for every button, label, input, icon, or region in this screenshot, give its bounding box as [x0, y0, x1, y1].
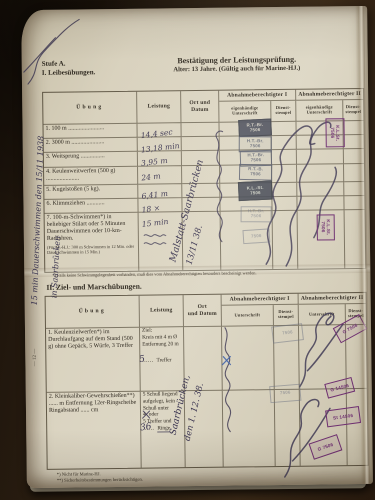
- page-number: — 12 —: [33, 339, 38, 375]
- col-header-leistung: Leistung: [140, 295, 184, 328]
- table-cell: [347, 389, 368, 465]
- table-cell: [344, 164, 364, 182]
- signature-examiner1-bottom: [211, 319, 248, 437]
- table-cell: [344, 182, 364, 196]
- service-stamp: R.T.-B.7506: [239, 164, 272, 181]
- row6-leistung: 18 ×: [138, 198, 182, 213]
- ink-cross-out: [142, 411, 150, 419]
- photo-background: 15 min Dauerschwimmen den 15/11 1938 in …: [0, 0, 375, 500]
- section2-footnote-2: **) Sicherheitsbestimmungen berücksichti…: [57, 477, 143, 483]
- signature-examiner1-top: [203, 126, 238, 248]
- table-cell: [344, 135, 364, 149]
- col-header-abnahme2: Abnahmeberechtigter II: [296, 89, 363, 101]
- section2-title: II. Ziel- und Marschübungen.: [46, 282, 141, 292]
- row4-uebung: 4. Keulenweitwerfen (500 g) ............…: [44, 167, 138, 186]
- row2-leistung: 13,18 min: [138, 137, 182, 152]
- table-cell: [344, 149, 364, 164]
- table-cell: [343, 121, 363, 135]
- service-stamp-purple: K.L.St. 7506: [325, 118, 344, 147]
- col-header-abnahme2: Abnahmeberechtigter II: [299, 293, 366, 305]
- service-stamp: 7506: [271, 323, 304, 344]
- t2-row1-leistung: Ziel: Kreis mit 4 m Ø Entfernung 20 m ..…: [140, 327, 185, 392]
- booklet-page: 15 min Dauerschwimmen den 15/11 1938 in …: [21, 6, 373, 488]
- service-stamp: 7506: [269, 384, 301, 403]
- row3-leistung: 3,95 m: [138, 151, 182, 167]
- t2-row1-uebung: 1. Keulenzielwerfen*) im Durchlaufgang a…: [46, 328, 141, 393]
- row1-uebung: 1. 100 m ........................: [43, 124, 137, 139]
- service-stamp: K.L.-St.7506: [238, 180, 273, 201]
- row5-leistung: 6,41 m: [138, 184, 182, 199]
- col-header-leistung: Leistung: [137, 91, 181, 124]
- subheader-stempel-2: Dienst-stempel: [343, 100, 363, 121]
- section2-footnote-1: *) Nicht für Marine-HJ.: [57, 471, 101, 477]
- t2-row2-uebung: 2. Kleinkaliber-Gewehrschießen**) ......…: [47, 392, 142, 469]
- row5-uebung: 5. Kugelstoßen (5 kg).: [44, 185, 138, 200]
- service-stamp: H.T.-Br.7506: [241, 206, 272, 222]
- handwriting-scribble: [143, 240, 167, 246]
- table-cell: [345, 210, 366, 268]
- corner-scribble-signature: [21, 11, 92, 90]
- blue-ink-mark: [221, 356, 231, 366]
- service-stamp-purple: K.L.St. 7506: [317, 214, 335, 240]
- service-stamp: 7506: [242, 228, 270, 244]
- col-header-uebung: Übung: [43, 92, 137, 125]
- table-cell: [344, 196, 364, 210]
- service-stamp: R.T.-Br.7506: [238, 119, 272, 138]
- col-header-ort-datum: Ort und Datum: [181, 91, 219, 123]
- row4-leistung: 24 m: [138, 166, 182, 185]
- row6-uebung: 6. Klimmziehen ............: [44, 199, 138, 214]
- row2-uebung: 2. 3000 m ......................: [44, 138, 138, 153]
- col-header-uebung: Übung: [46, 296, 140, 329]
- row3-uebung: 3. Weitsprung ................: [44, 152, 138, 168]
- row1-leistung: 14,4 sec: [137, 123, 181, 138]
- handwriting-scribble: [143, 232, 167, 238]
